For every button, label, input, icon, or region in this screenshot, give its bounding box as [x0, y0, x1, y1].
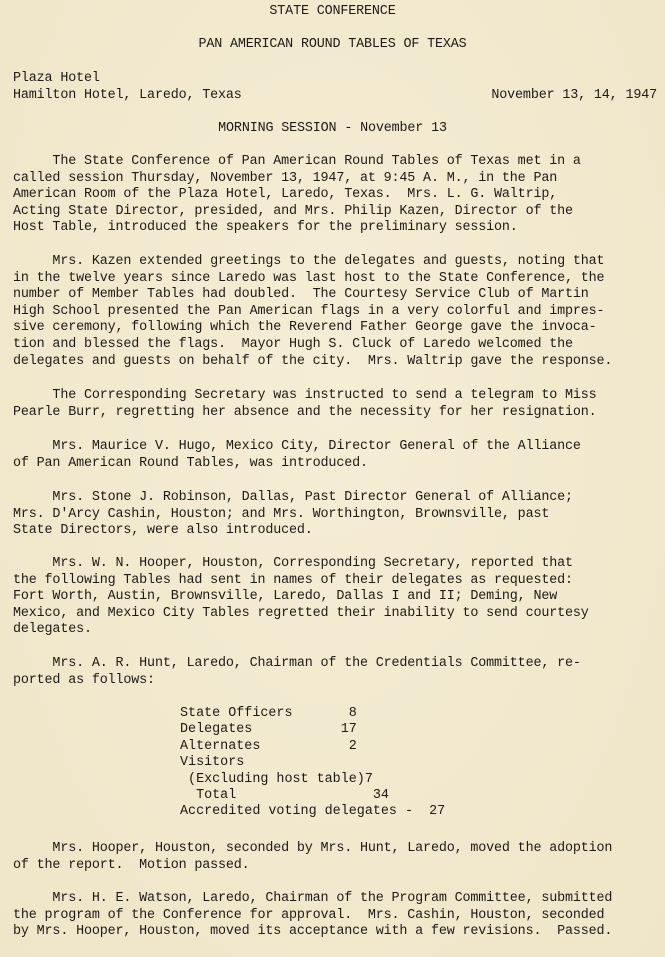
tally-row-visitors-count: (Excluding host table)7 [180, 772, 445, 788]
text-line: State Directors, were also introduced. [13, 523, 653, 540]
session-heading: MORNING SESSION - November 13 [0, 121, 665, 138]
text-line: The State Conference of Pan American Rou… [13, 154, 653, 171]
paragraph-adoption: Mrs. Hooper, Houston, seconded by Mrs. H… [13, 841, 653, 874]
paragraph-hooper-report: Mrs. W. N. Hooper, Houston, Correspondin… [13, 556, 653, 639]
credentials-tally: State Officers 8 Delegates 17 Alternates… [180, 706, 445, 821]
tally-row-alternates: Alternates 2 [180, 739, 445, 755]
text-line: Pearle Burr, regretting her absence and … [13, 405, 653, 422]
paragraph-past-directors: Mrs. Stone J. Robinson, Dallas, Past Dir… [13, 490, 653, 540]
document-title: STATE CONFERENCE [0, 4, 665, 21]
text-line: Mexico, and Mexico City Tables regretted… [13, 606, 653, 623]
document-subtitle: PAN AMERICAN ROUND TABLES OF TEXAS [0, 37, 665, 54]
text-line: by Mrs. Hooper, Houston, moved its accep… [13, 924, 653, 941]
text-line: in the twelve years since Laredo was las… [13, 271, 653, 288]
text-line: delegates and guests on behalf of the ci… [13, 354, 653, 371]
tally-row-total: Total 34 [180, 788, 445, 804]
text-line: Mrs. H. E. Watson, Laredo, Chairman of t… [13, 891, 653, 908]
text-line: Mrs. Stone J. Robinson, Dallas, Past Dir… [13, 490, 653, 507]
venue-line-1: Plaza Hotel [13, 71, 100, 88]
text-line: Mrs. Maurice V. Hugo, Mexico City, Direc… [13, 439, 653, 456]
text-line: ported as follows: [13, 673, 653, 690]
paragraph-program: Mrs. H. E. Watson, Laredo, Chairman of t… [13, 891, 653, 941]
text-line: Acting State Director, presided, and Mrs… [13, 204, 653, 221]
conference-dates: November 13, 14, 1947 [491, 88, 657, 105]
text-line: the program of the Conference for approv… [13, 908, 653, 925]
text-line: Host Table, introduced the speakers for … [13, 220, 653, 237]
paragraph-hugo: Mrs. Maurice V. Hugo, Mexico City, Direc… [13, 439, 653, 472]
text-line: Fort Worth, Austin, Brownsville, Laredo,… [13, 589, 653, 606]
document-page: STATE CONFERENCE PAN AMERICAN ROUND TABL… [0, 0, 665, 957]
text-line: of the report. Motion passed. [13, 858, 653, 875]
text-line: Mrs. Hooper, Houston, seconded by Mrs. H… [13, 841, 653, 858]
text-line: the following Tables had sent in names o… [13, 573, 653, 590]
text-line: called session Thursday, November 13, 19… [13, 171, 653, 188]
venue-line-2: Hamilton Hotel, Laredo, Texas [13, 88, 242, 105]
text-line: Mrs. A. R. Hunt, Laredo, Chairman of the… [13, 656, 653, 673]
text-line: American Room of the Plaza Hotel, Laredo… [13, 187, 653, 204]
text-line: Mrs. W. N. Hooper, Houston, Correspondin… [13, 556, 653, 573]
text-line: Mrs. Kazen extended greetings to the del… [13, 254, 653, 271]
text-line: delegates. [13, 622, 653, 639]
tally-row-delegates: Delegates 17 [180, 722, 445, 738]
text-line: sive ceremony, following which the Rever… [13, 320, 653, 337]
text-line: The Corresponding Secretary was instruct… [13, 388, 653, 405]
paragraph-opening: The State Conference of Pan American Rou… [13, 154, 653, 237]
text-line: tion and blessed the flags. Mayor Hugh S… [13, 337, 653, 354]
tally-row-accredited: Accredited voting delegates - 27 [180, 804, 445, 820]
text-line: Mrs. D'Arcy Cashin, Houston; and Mrs. Wo… [13, 507, 653, 524]
tally-row-visitors: Visitors [180, 755, 445, 771]
tally-row-state-officers: State Officers 8 [180, 706, 445, 722]
paragraph-credentials: Mrs. A. R. Hunt, Laredo, Chairman of the… [13, 656, 653, 689]
text-line: of Pan American Round Tables, was introd… [13, 456, 653, 473]
text-line: High School presented the Pan American f… [13, 304, 653, 321]
paragraph-greetings: Mrs. Kazen extended greetings to the del… [13, 254, 653, 370]
paragraph-telegram: The Corresponding Secretary was instruct… [13, 388, 653, 421]
text-line: number of Member Tables had doubled. The… [13, 287, 653, 304]
